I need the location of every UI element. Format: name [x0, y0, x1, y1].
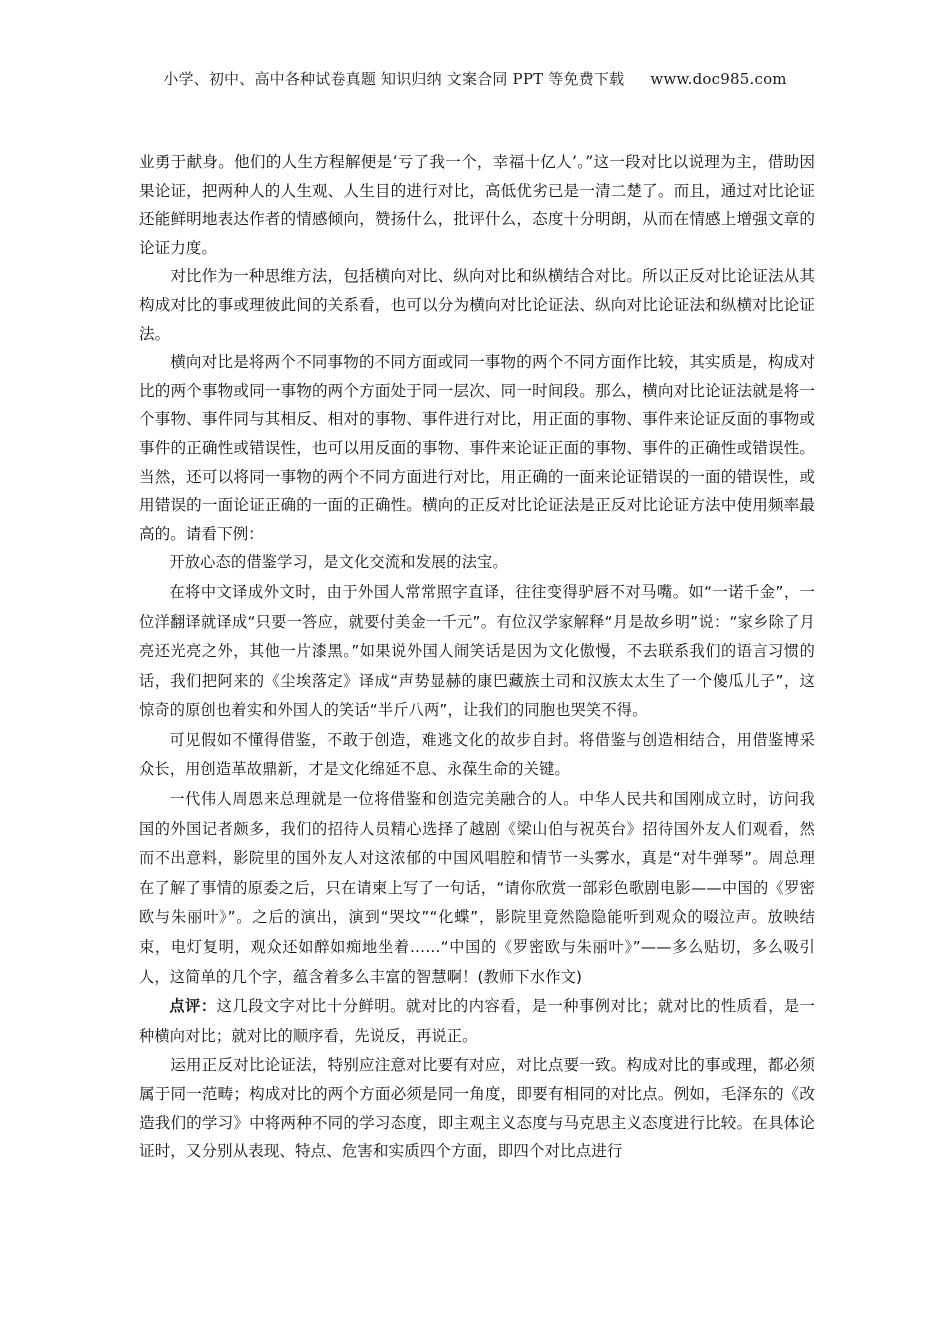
paragraph-3: 横向对比是将两个不同事物的不同方面或同一事物的两个不同方面作比较，其实质是，构成… — [139, 348, 815, 548]
commentary-text: 这几段文字对比十分鲜明。就对比的内容看，是一种事例对比；就对比的性质看，是一种横… — [139, 997, 815, 1045]
example-paragraph-2: 可见假如不懂得借鉴，不敢于创造，难逃文化的故步自封。将借鉴与创造相结合，用借鉴博… — [139, 726, 815, 785]
example-paragraph-1: 在将中文译成外文时，由于外国人常常照字直译，往往变得驴唇不对马嘴。如“一诺千金”… — [139, 578, 815, 726]
commentary-paragraph: 点评：这几段文字对比十分鲜明。就对比的内容看，是一种事例对比；就对比的性质看，是… — [139, 992, 815, 1051]
header-text: 小学、初中、高中各种试卷真题 知识归纳 文案合同 PPT 等免费下载 — [163, 70, 624, 88]
page-header: 小学、初中、高中各种试卷真题 知识归纳 文案合同 PPT 等免费下载www.do… — [0, 68, 950, 89]
header-url: www.doc985.com — [650, 70, 786, 88]
document-body: 业勇于献身。他们的人生方程解便是‘亏了我一个，幸福十亿人’。”这一段对比以说理为… — [139, 148, 815, 1166]
paragraph-2: 对比作为一种思维方法，包括横向对比、纵向对比和纵横结合对比。所以正反对比论证法从… — [139, 262, 815, 348]
paragraph-4: 运用正反对比论证法，特别应注意对比要有对应，对比点要一致。构成对比的事或理，都必… — [139, 1051, 815, 1165]
example-paragraph-3: 一代伟人周恩来总理就是一位将借鉴和创造完美融合的人。中华人民共和国刚成立时，访问… — [139, 785, 815, 992]
paragraph-1: 业勇于献身。他们的人生方程解便是‘亏了我一个，幸福十亿人’。”这一段对比以说理为… — [139, 148, 815, 262]
commentary-label: 点评： — [169, 997, 216, 1015]
example-title: 开放心态的借鉴学习，是文化交流和发展的法宝。 — [139, 548, 815, 578]
